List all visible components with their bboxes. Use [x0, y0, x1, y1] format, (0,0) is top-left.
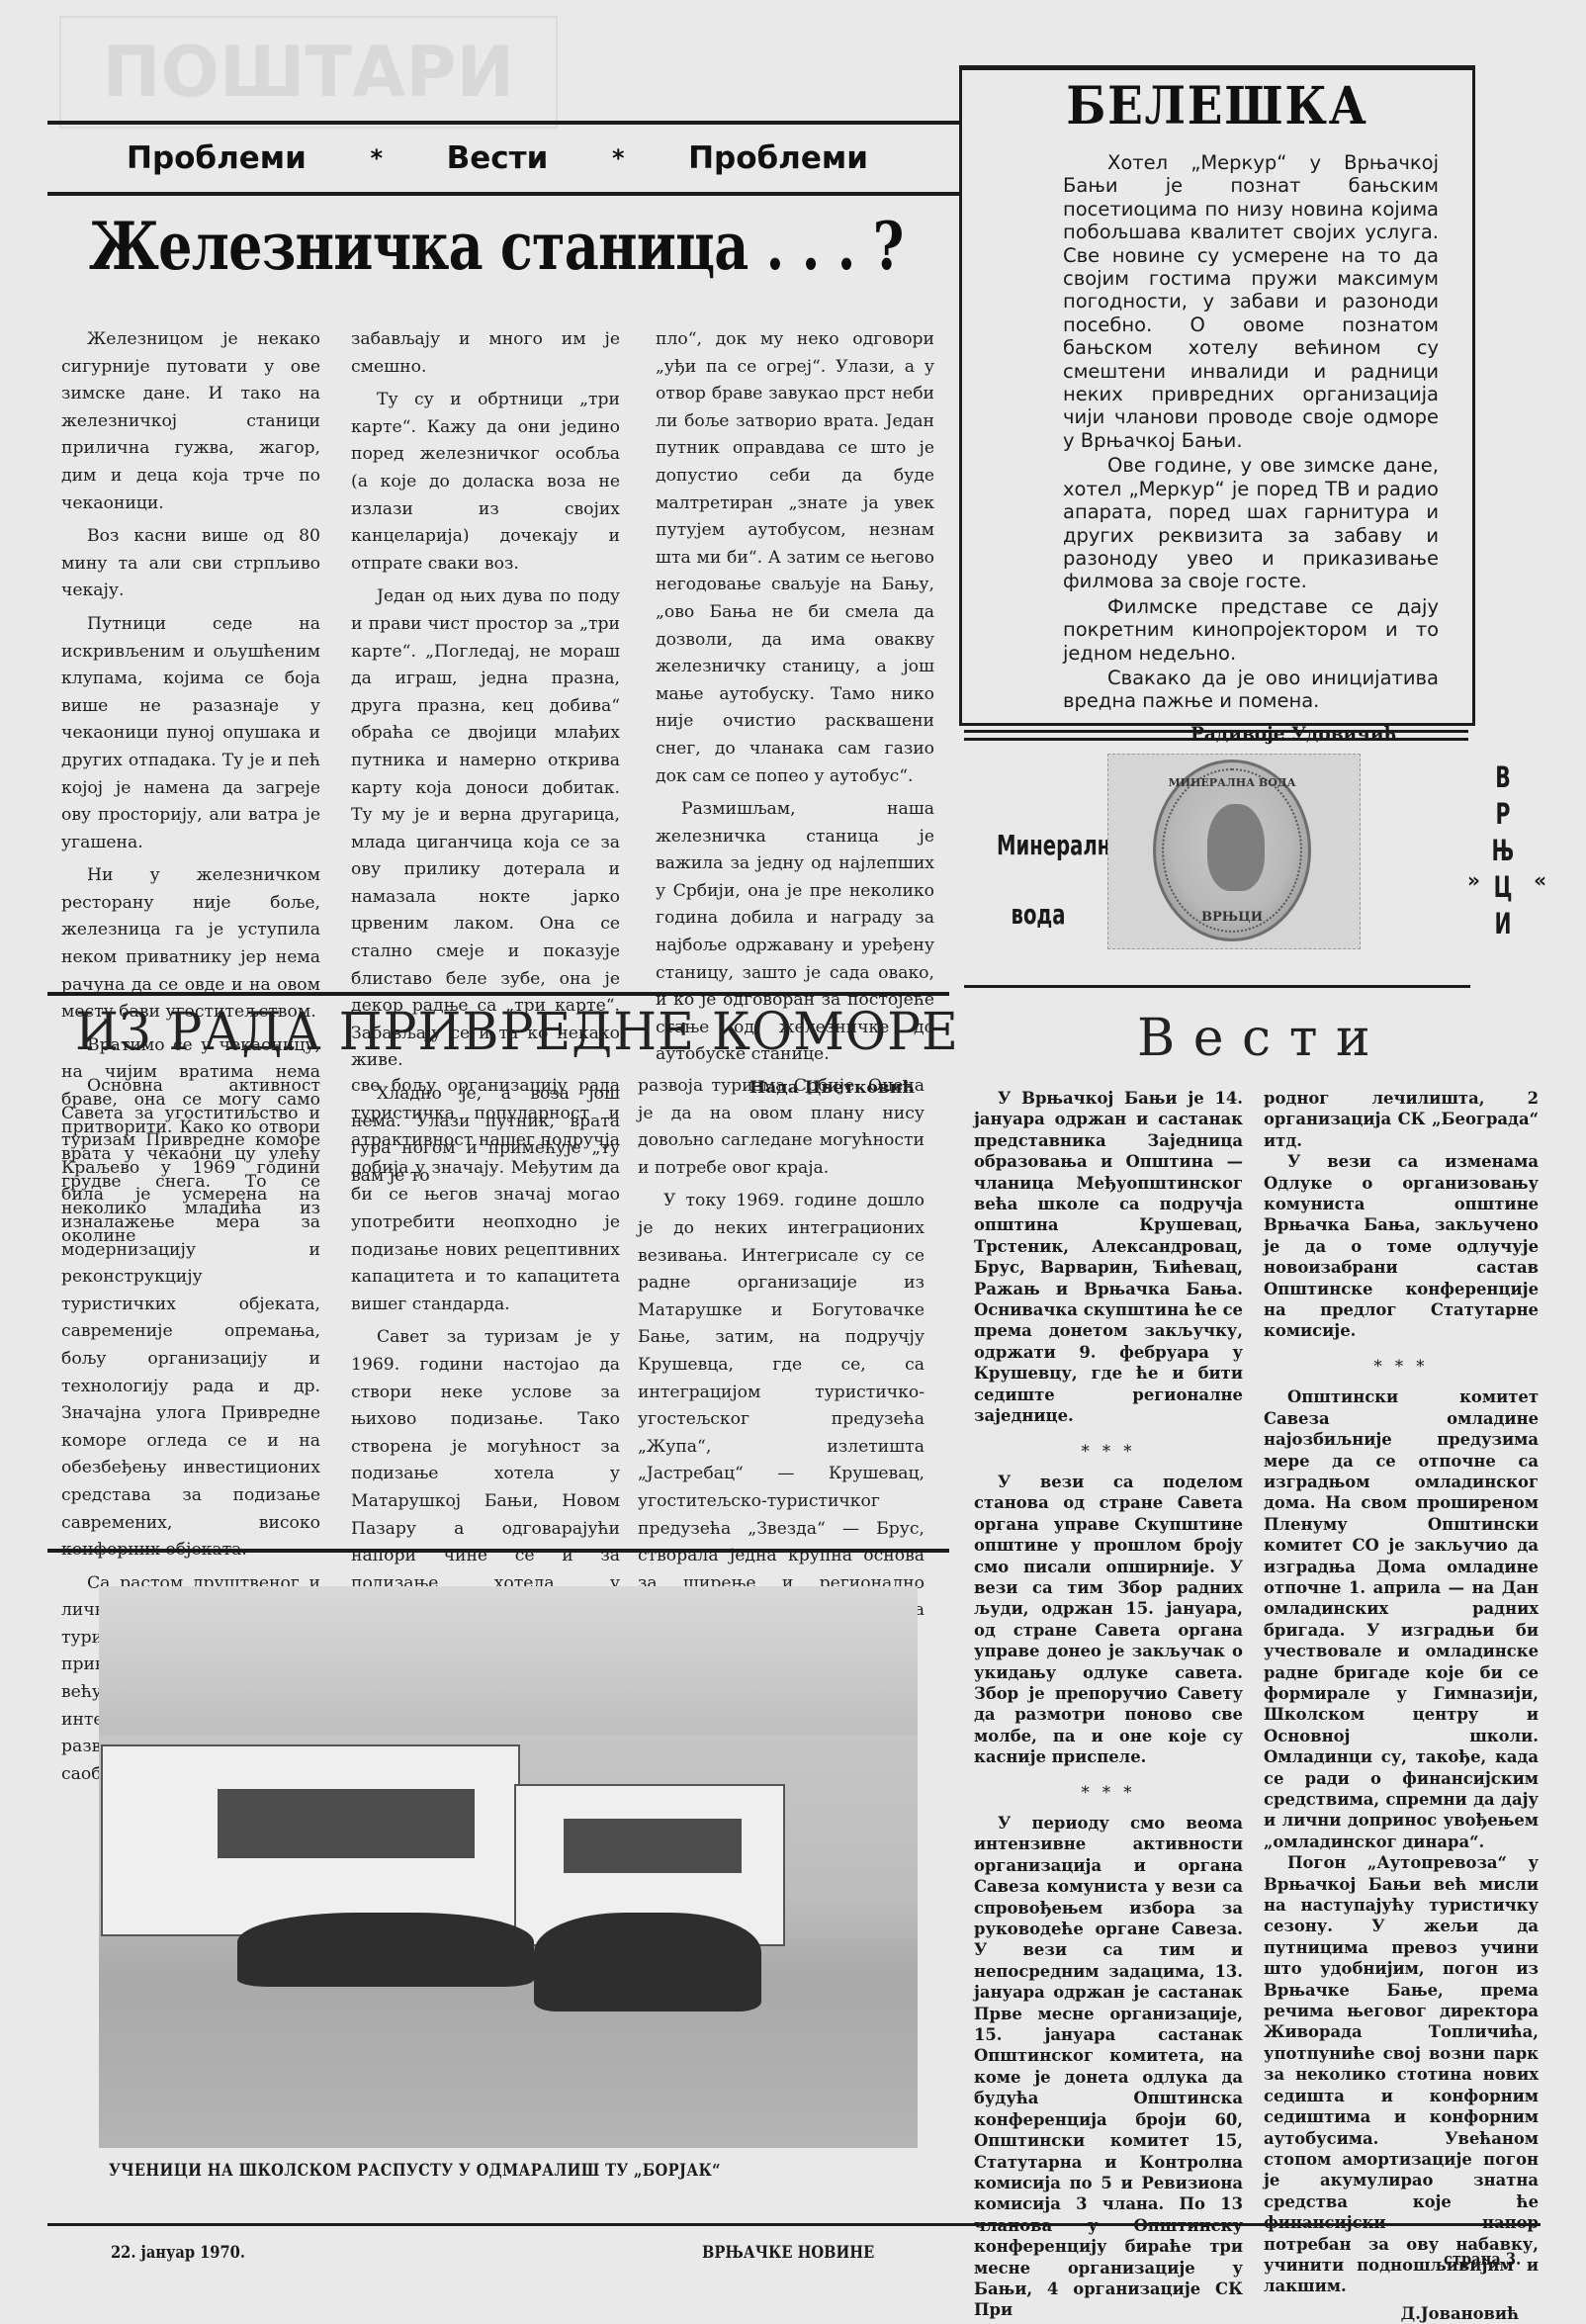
paragraph: Свакако да је ово иницијатива вредна паж…	[1063, 667, 1439, 713]
paragraph: Воз касни више од 80 мину та али сви стр…	[61, 523, 320, 605]
brand-letter: В	[1489, 760, 1517, 796]
news-item: Општински комитет Савеза омладине најозб…	[1264, 1386, 1539, 1852]
news-item: У вези са изменама Одлуке о организовању…	[1264, 1151, 1539, 1342]
chamber-top-rule	[47, 992, 949, 996]
advert-brand-quotes: » «	[1467, 868, 1546, 892]
news-item: У периоду смо веома интензивне активност…	[974, 1813, 1243, 2321]
ghost-bleed-through-text: ПОШТАРИ	[59, 16, 558, 129]
news-section-title: В е с т и	[1137, 1009, 1371, 1068]
advert-label-line-1: Минерална	[997, 811, 1080, 880]
coin-icon: МИНЕРАЛНА ВОДА ВРЊЦИ	[1153, 760, 1311, 941]
paragraph: Путници седе на искривљеним и ољушћеним …	[61, 611, 320, 856]
advert-coin-image: МИНЕРАЛНА ВОДА ВРЊЦИ	[1107, 754, 1361, 949]
note-box-author: Радивоје Удовичић	[1063, 723, 1439, 746]
news-item: родног лечилишта, 2 организација СК „Бео…	[1264, 1088, 1539, 1151]
paragraph: забављају и много им је смешно.	[351, 326, 620, 381]
news-separator: * * *	[974, 1441, 1243, 1462]
brand-letter: И	[1489, 906, 1517, 942]
advert-mineral-water-label: Минерална вода	[997, 811, 1080, 949]
news-item: У Врњачкој Бањи је 14. јануара одржан и …	[974, 1088, 1243, 1427]
paragraph: Ни у железничком ресторану није боље, же…	[61, 862, 320, 1027]
quote-open: »	[1467, 868, 1480, 892]
section-banner: Проблеми * Вести * Проблеми	[47, 127, 947, 190]
banner-left-label: Проблеми	[127, 140, 307, 176]
paragraph: Ту су и обртници „три карте“. Кажу да он…	[351, 387, 620, 578]
brand-letter: Њ	[1489, 833, 1517, 869]
photo-trees	[99, 1586, 918, 1735]
advert-bottom-rule	[964, 985, 1470, 988]
brand-letter: Р	[1489, 796, 1517, 833]
paragraph: Железницом је некако сигурније путовати …	[61, 326, 320, 517]
quote-close: «	[1534, 868, 1546, 892]
paragraph: Филмске представе се дају покретним кино…	[1063, 595, 1439, 665]
note-box: БЕЛЕШКА Хотел „Меркур“ у Врњачкој Бањи ј…	[959, 65, 1475, 726]
coin-bottom-inscription: ВРЊЦИ	[1156, 910, 1308, 925]
footer-rule	[47, 2223, 1541, 2226]
advert-top-rule-2	[964, 738, 1468, 741]
note-box-title: БЕЛЕШКА	[988, 76, 1447, 136]
photo-windows	[218, 1789, 475, 1858]
banner-right-label: Проблеми	[688, 140, 868, 176]
banner-star-icon: *	[370, 144, 383, 172]
paragraph: Ове године, у ове зимске дане, хотел „Ме…	[1063, 454, 1439, 592]
footer-page-number: страна 3.	[1444, 2250, 1521, 2270]
news-column-2: родног лечилишта, 2 организација СК „Бео…	[1264, 1088, 1539, 2324]
coin-portrait	[1207, 804, 1265, 891]
photo-crowd	[534, 1913, 761, 2011]
photo-crowd	[237, 1913, 534, 1987]
paragraph: све бољу организацију рада туристичка по…	[351, 1073, 620, 1318]
banner-top-rule	[47, 121, 959, 125]
coin-top-inscription: МИНЕРАЛНА ВОДА	[1156, 776, 1308, 789]
paragraph: У току 1969. године дошло је до неких ин…	[638, 1188, 925, 1652]
footer-date: 22. јануар 1970.	[111, 2243, 245, 2263]
news-separator: * * *	[974, 1782, 1243, 1803]
news-author: Д.Јовановић	[1264, 2303, 1539, 2324]
advert-top-rule	[964, 730, 1468, 733]
chamber-bottom-rule	[47, 1549, 949, 1553]
chamber-article-title: ИЗ РАДА ПРИВРЕДНЕ КОМОРЕ	[75, 1003, 959, 1062]
banner-star-icon: *	[612, 144, 625, 172]
station-article-title: Железничка станица . . . ?	[89, 208, 770, 302]
paragraph: пло“, док му неко одговори „уђи па се ог…	[656, 326, 934, 790]
paragraph: развоја туризма Србије. Оцена је да на о…	[638, 1073, 925, 1182]
banner-bottom-rule	[47, 192, 959, 196]
paragraph: Хотел „Меркур“ у Врњачкој Бањи је познат…	[1063, 151, 1439, 452]
holiday-camp-photo	[99, 1586, 918, 2148]
chamber-article-column-3: развоја туризма Србије. Оцена је да на о…	[638, 1073, 925, 1652]
news-item: Погон „Аутопревоза“ у Врњачкој Бањи већ …	[1264, 1852, 1539, 2297]
note-box-text: Хотел „Меркур“ у Врњачкој Бањи је познат…	[1063, 151, 1439, 746]
paragraph: Један од њих дува по поду и прави чист п…	[351, 583, 620, 1075]
news-column-1: У Врњачкој Бањи је 14. јануара одржан и …	[974, 1088, 1243, 2321]
advert-label-line-2: вода	[997, 880, 1080, 949]
advert-vertical-brand: В Р Њ Ц И	[1489, 760, 1517, 942]
paragraph: Основна активност Савета за угоститиљств…	[61, 1073, 320, 1564]
footer-newspaper-name: ВРЊАЧКЕ НОВИНЕ	[702, 2243, 874, 2263]
news-item: У вези са поделом станова од стране Саве…	[974, 1472, 1243, 1768]
news-separator: * * *	[1264, 1356, 1539, 1377]
banner-middle-label: Вести	[447, 140, 549, 176]
photo-caption: УЧЕНИЦИ НА ШКОЛСКОМ РАСПУСТУ У ОДМАРАЛИШ…	[109, 2161, 721, 2181]
photo-windows	[564, 1819, 742, 1873]
station-article-column-3: пло“, док му неко одговори „уђи па се ог…	[656, 326, 934, 1103]
